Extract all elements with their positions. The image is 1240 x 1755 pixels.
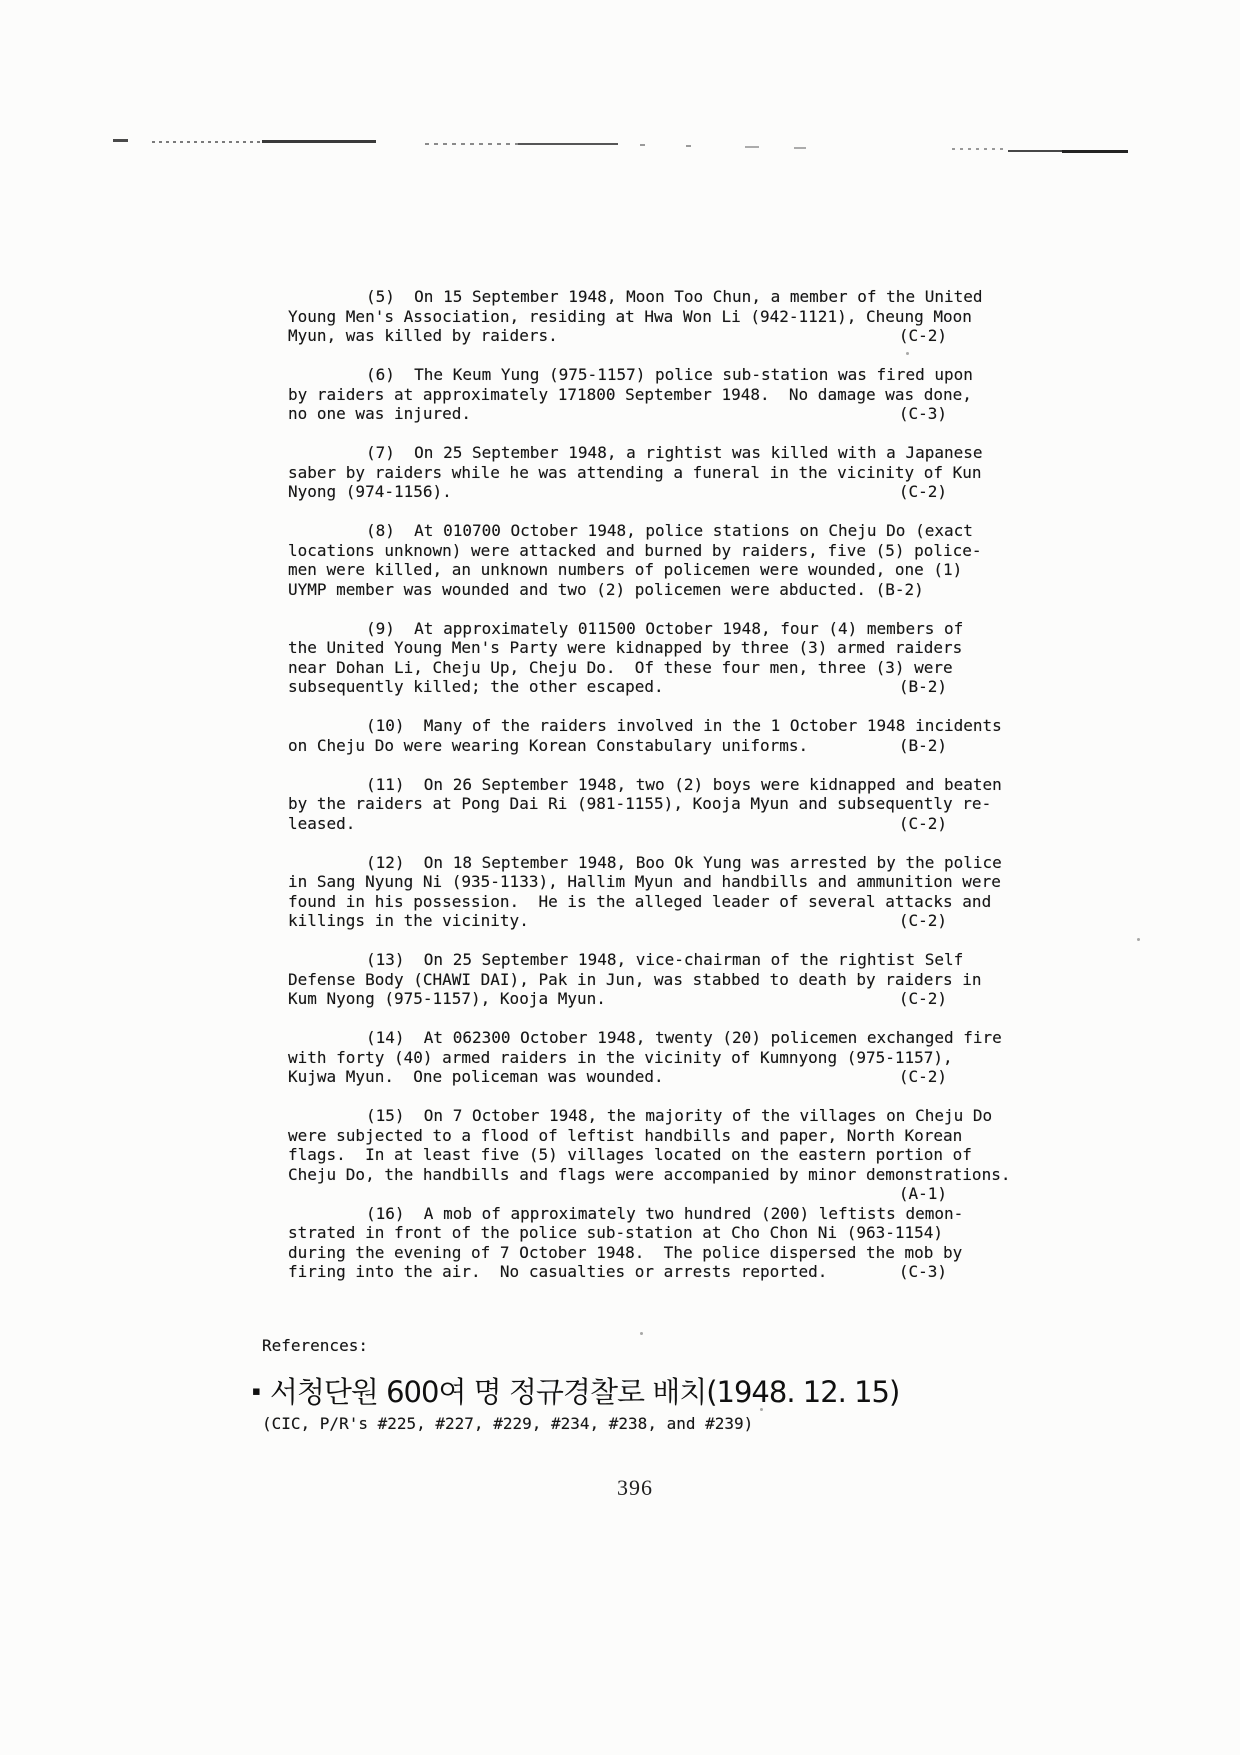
document-page: (5) On 15 September 1948, Moon Too Chun,… xyxy=(0,0,1240,1755)
paragraph-line-text: Young Men's Association, residing at Hwa… xyxy=(288,307,972,327)
paragraph-line-text: UYMP member was wounded and two (2) poli… xyxy=(288,580,924,600)
paragraph-line: killings in the vicinity.(C-2) xyxy=(288,911,1040,931)
paragraph-14: (14) At 062300 October 1948, twenty (20)… xyxy=(288,1028,1040,1087)
paragraph-line: during the evening of 7 October 1948. Th… xyxy=(288,1243,1040,1263)
paragraph-line: UYMP member was wounded and two (2) poli… xyxy=(288,580,1040,600)
korean-annotation-text: 서청단원 600여 명 정규경찰로 배치(1948. 12. 15) xyxy=(270,1370,900,1411)
paragraph-line-text: Kujwa Myun. One policeman was wounded. xyxy=(288,1067,664,1087)
paragraph-line-text: strated in front of the police sub-stati… xyxy=(288,1223,943,1243)
paragraph-line-text: with forty (40) armed raiders in the vic… xyxy=(288,1048,953,1068)
paragraph-line-text: leased. xyxy=(288,814,355,834)
paragraph-line: locations unknown) were attacked and bur… xyxy=(288,541,1040,561)
paragraph-line: Cheju Do, the handbills and flags were a… xyxy=(288,1165,1040,1185)
paragraph-line-text: saber by raiders while he was attending … xyxy=(288,463,982,483)
paragraph-line-text: found in his possession. He is the alleg… xyxy=(288,892,991,912)
paragraph-line: Myun, was killed by raiders.(C-2) xyxy=(288,326,1040,346)
paragraph-line: Nyong (974-1156).(C-2) xyxy=(288,482,1040,502)
paragraph-9: (9) At approximately 011500 October 1948… xyxy=(288,619,1040,697)
paragraph-line-text: near Dohan Li, Cheju Up, Cheju Do. Of th… xyxy=(288,658,953,678)
paragraph-line: no one was injured.(C-3) xyxy=(288,404,1040,424)
paragraph-line-text: (14) At 062300 October 1948, twenty (20)… xyxy=(366,1028,1002,1048)
paragraph-line: men were killed, an unknown numbers of p… xyxy=(288,560,1040,580)
paragraph-10: (10) Many of the raiders involved in the… xyxy=(288,716,1040,755)
report-body: (5) On 15 September 1948, Moon Too Chun,… xyxy=(288,287,1040,1282)
paragraph-line: (12) On 18 September 1948, Boo Ok Yung w… xyxy=(288,853,1040,873)
scan-artifact-line xyxy=(262,140,376,143)
paragraph-line: (8) At 010700 October 1948, police stati… xyxy=(288,521,1040,541)
paragraph-line-text: (9) At approximately 011500 October 1948… xyxy=(366,619,963,639)
paragraph-line-text: (15) On 7 October 1948, the majority of … xyxy=(366,1106,992,1126)
page-number: 396 xyxy=(617,1475,653,1501)
paragraph-line: Kujwa Myun. One policeman was wounded.(C… xyxy=(288,1067,1040,1087)
paragraph-line: (16) A mob of approximately two hundred … xyxy=(288,1204,1040,1224)
paragraph-6: (6) The Keum Yung (975-1157) police sub-… xyxy=(288,365,1040,424)
scan-artifact-line xyxy=(794,147,806,149)
paragraph-line: strated in front of the police sub-stati… xyxy=(288,1223,1040,1243)
paragraph-12: (12) On 18 September 1948, Boo Ok Yung w… xyxy=(288,853,1040,931)
paragraph-line-text: the United Young Men's Party were kidnap… xyxy=(288,638,962,658)
paragraph-line-text: (13) On 25 September 1948, vice-chairman… xyxy=(366,950,963,970)
evaluation-code: (C-2) xyxy=(899,1067,947,1087)
paragraph-line-text: (10) Many of the raiders involved in the… xyxy=(366,716,1002,736)
korean-annotation: ▪ 서청단원 600여 명 정규경찰로 배치(1948. 12. 15) xyxy=(252,1370,899,1411)
paragraph-line: subsequently killed; the other escaped.(… xyxy=(288,677,1040,697)
paragraph-line-text: flags. In at least five (5) villages loc… xyxy=(288,1145,972,1165)
evaluation-code: (C-2) xyxy=(899,326,947,346)
paragraph-5: (5) On 15 September 1948, Moon Too Chun,… xyxy=(288,287,1040,346)
paragraph-line-text: Cheju Do, the handbills and flags were a… xyxy=(288,1165,1010,1185)
scan-artifact-line xyxy=(518,143,618,145)
scan-artifact-line xyxy=(952,148,1008,150)
paragraph-line-text: men were killed, an unknown numbers of p… xyxy=(288,560,962,580)
paragraph-line-text: no one was injured. xyxy=(288,404,471,424)
paragraph-line-text: on Cheju Do were wearing Korean Constabu… xyxy=(288,736,808,756)
paragraph-16: (16) A mob of approximately two hundred … xyxy=(288,1204,1040,1282)
paragraph-line: (7) On 25 September 1948, a rightist was… xyxy=(288,443,1040,463)
paragraph-line-text: Kum Nyong (975-1157), Kooja Myun. xyxy=(288,989,606,1009)
scan-artifact-line xyxy=(640,144,645,146)
paragraph-line: (5) On 15 September 1948, Moon Too Chun,… xyxy=(288,287,1040,307)
paragraph-8: (8) At 010700 October 1948, police stati… xyxy=(288,521,1040,599)
scan-artifact-line xyxy=(686,145,691,147)
paragraph-line: flags. In at least five (5) villages loc… xyxy=(288,1145,1040,1165)
evaluation-code: (B-2) xyxy=(899,677,947,697)
paragraph-line: by the raiders at Pong Dai Ri (981-1155)… xyxy=(288,794,1040,814)
paragraph-line: on Cheju Do were wearing Korean Constabu… xyxy=(288,736,1040,756)
evaluation-code: (C-3) xyxy=(899,1262,947,1282)
paragraph-line-text: Nyong (974-1156). xyxy=(288,482,452,502)
paragraph-line: (11) On 26 September 1948, two (2) boys … xyxy=(288,775,1040,795)
paragraph-line-text: (7) On 25 September 1948, a rightist was… xyxy=(366,443,983,463)
references-citation: (CIC, P/R's #225, #227, #229, #234, #238… xyxy=(262,1414,753,1434)
references-heading: References: xyxy=(262,1336,753,1356)
scan-artifact-line xyxy=(113,139,128,142)
paragraph-line: Defense Body (CHAWI DAI), Pak in Jun, wa… xyxy=(288,970,1040,990)
paragraph-line: Young Men's Association, residing at Hwa… xyxy=(288,307,1040,327)
paragraph-13: (13) On 25 September 1948, vice-chairman… xyxy=(288,950,1040,1009)
paragraph-7: (7) On 25 September 1948, a rightist was… xyxy=(288,443,1040,502)
paragraph-line-text: (16) A mob of approximately two hundred … xyxy=(366,1204,963,1224)
paragraph-line-text: by raiders at approximately 171800 Septe… xyxy=(288,385,972,405)
paragraph-line: (A-1) xyxy=(288,1184,1040,1204)
evaluation-code: (C-2) xyxy=(899,482,947,502)
evaluation-code: (B-2) xyxy=(899,736,947,756)
paragraph-line-text: Defense Body (CHAWI DAI), Pak in Jun, wa… xyxy=(288,970,982,990)
paragraph-line: (13) On 25 September 1948, vice-chairman… xyxy=(288,950,1040,970)
paragraph-line-text: locations unknown) were attacked and bur… xyxy=(288,541,982,561)
paragraph-line-text: Myun, was killed by raiders. xyxy=(288,326,558,346)
paragraph-line: in Sang Nyung Ni (935-1133), Hallim Myun… xyxy=(288,872,1040,892)
evaluation-code: (C-3) xyxy=(899,404,947,424)
paragraph-line-text: (8) At 010700 October 1948, police stati… xyxy=(366,521,973,541)
paragraph-line-text: were subjected to a flood of leftist han… xyxy=(288,1126,962,1146)
paragraph-line: firing into the air. No casualties or ar… xyxy=(288,1262,1040,1282)
paragraph-line: (9) At approximately 011500 October 1948… xyxy=(288,619,1040,639)
paragraph-line: (10) Many of the raiders involved in the… xyxy=(288,716,1040,736)
evaluation-code: (C-2) xyxy=(899,989,947,1009)
paragraph-line-text: during the evening of 7 October 1948. Th… xyxy=(288,1243,962,1263)
paragraph-line: were subjected to a flood of leftist han… xyxy=(288,1126,1040,1146)
bullet-marker: ▪ xyxy=(252,1384,261,1399)
paragraph-line-text: in Sang Nyung Ni (935-1133), Hallim Myun… xyxy=(288,872,1001,892)
paragraph-line: saber by raiders while he was attending … xyxy=(288,463,1040,483)
paragraph-line: (14) At 062300 October 1948, twenty (20)… xyxy=(288,1028,1040,1048)
paragraph-line: by raiders at approximately 171800 Septe… xyxy=(288,385,1040,405)
evaluation-code: (A-1) xyxy=(899,1184,947,1204)
paragraph-line-text: (12) On 18 September 1948, Boo Ok Yung w… xyxy=(366,853,1002,873)
scan-speck xyxy=(1137,938,1140,941)
evaluation-code: (C-2) xyxy=(899,814,947,834)
paragraph-line-text: firing into the air. No casualties or ar… xyxy=(288,1262,827,1282)
paragraph-line-text: (6) The Keum Yung (975-1157) police sub-… xyxy=(366,365,973,385)
paragraph-line-text: subsequently killed; the other escaped. xyxy=(288,677,664,697)
paragraph-line-text: (11) On 26 September 1948, two (2) boys … xyxy=(366,775,1002,795)
paragraph-line-text: killings in the vicinity. xyxy=(288,911,529,931)
paragraph-line: near Dohan Li, Cheju Up, Cheju Do. Of th… xyxy=(288,658,1040,678)
scan-artifact-line xyxy=(1062,150,1128,153)
paragraph-line-text: by the raiders at Pong Dai Ri (981-1155)… xyxy=(288,794,991,814)
paragraph-11: (11) On 26 September 1948, two (2) boys … xyxy=(288,775,1040,834)
paragraph-line: with forty (40) armed raiders in the vic… xyxy=(288,1048,1040,1068)
paragraph-line: (6) The Keum Yung (975-1157) police sub-… xyxy=(288,365,1040,385)
paragraph-line: leased.(C-2) xyxy=(288,814,1040,834)
scan-artifact-line xyxy=(152,141,264,143)
paragraph-line-text: (5) On 15 September 1948, Moon Too Chun,… xyxy=(366,287,983,307)
paragraph-line: Kum Nyong (975-1157), Kooja Myun.(C-2) xyxy=(288,989,1040,1009)
scan-artifact-line xyxy=(425,143,520,145)
evaluation-code: (C-2) xyxy=(899,911,947,931)
paragraph-15: (15) On 7 October 1948, the majority of … xyxy=(288,1106,1040,1204)
paragraph-line: found in his possession. He is the alleg… xyxy=(288,892,1040,912)
paragraph-line: (15) On 7 October 1948, the majority of … xyxy=(288,1106,1040,1126)
paragraph-line: the United Young Men's Party were kidnap… xyxy=(288,638,1040,658)
scan-artifact-line xyxy=(745,146,759,148)
